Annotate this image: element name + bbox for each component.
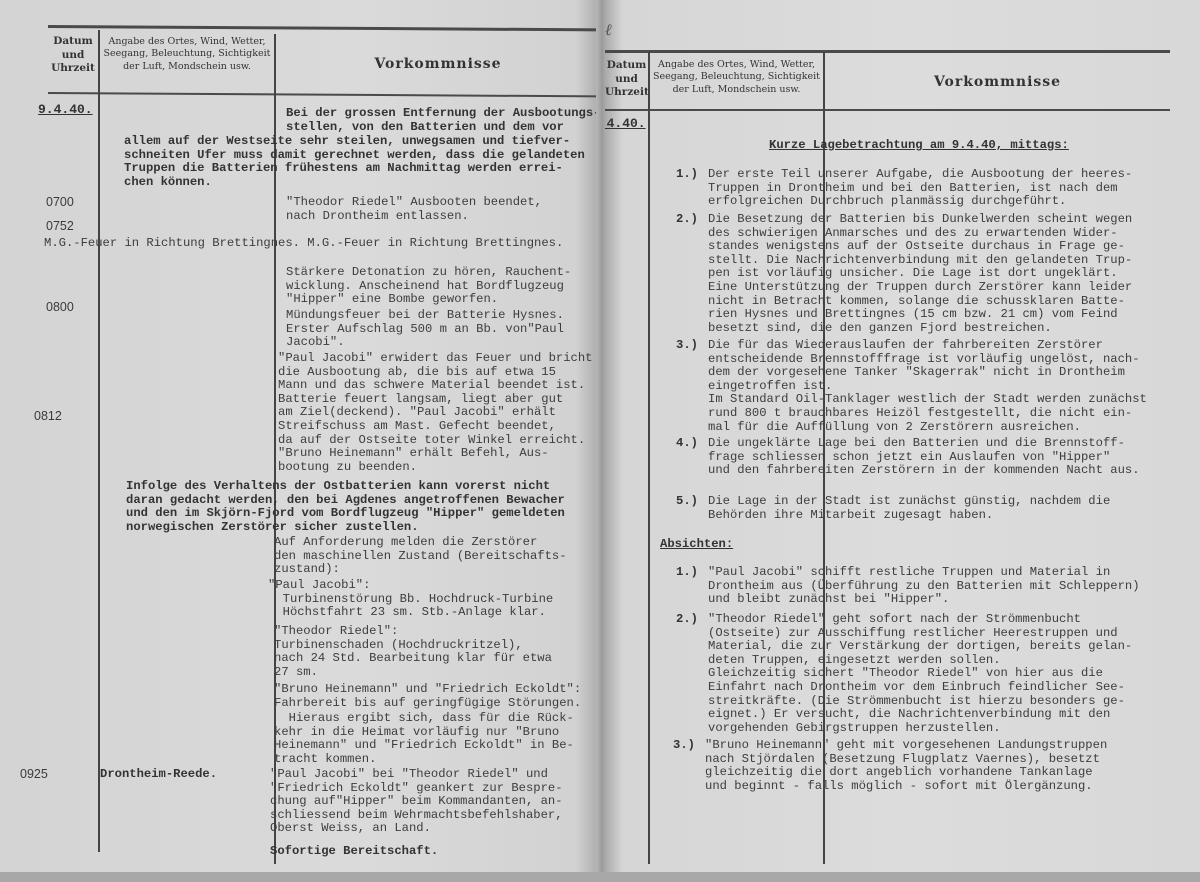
entry-time: 0812 bbox=[34, 409, 62, 423]
entry-time: 0752 bbox=[46, 219, 74, 233]
header-place-col: Angabe des Ortes, Wind, Wetter, Seegang,… bbox=[100, 36, 274, 73]
entry-text: Bei der grossen Entfernung der Ausbootun… bbox=[286, 107, 600, 134]
column-divider-1 bbox=[98, 30, 100, 852]
entry-text: Sofortige Bereitschaft. bbox=[270, 845, 438, 859]
left-page: Datum und Uhrzeit Angabe des Ortes, Wind… bbox=[0, 0, 600, 882]
entry-text: Auf Anforderung melden die Zerstörer den… bbox=[274, 536, 567, 577]
header-date-col: Datum und Uhrzeit bbox=[605, 59, 648, 100]
top-rule bbox=[48, 25, 600, 31]
intention-item-number: 3.) bbox=[673, 739, 695, 753]
entry-text: "Bruno Heinemann" und "Friedrich Eckoldt… bbox=[274, 683, 581, 710]
page-bottom-edge bbox=[0, 872, 1200, 882]
entry-text: "Paul Jacobi": Turbinenstörung Bb. Hochd… bbox=[268, 579, 553, 620]
assessment-item-text: Die ungeklärte Lage bei den Batterien un… bbox=[708, 437, 1140, 478]
intention-item-text: "Paul Jacobi" schifft restliche Truppen … bbox=[708, 566, 1140, 607]
assessment-title: Kurze Lagebetrachtung am 9.4.40, mittags… bbox=[769, 139, 1069, 153]
intention-item-number: 1.) bbox=[676, 566, 698, 580]
entry-time: 0925 bbox=[20, 767, 48, 781]
entry-text: M.G.-Feuer in Richtung Brettingnes. M.G.… bbox=[44, 237, 563, 251]
entry-text: "Paul Jacobi" bei "Theodor Riedel" und "… bbox=[270, 768, 563, 836]
entry-text: "Paul Jacobi" erwidert das Feuer und bri… bbox=[278, 352, 593, 474]
entry-text: "Theodor Riedel" Ausbooten beendet, nach… bbox=[286, 196, 542, 223]
entry-text: Hieraus ergibt sich, dass für die Rück- … bbox=[274, 712, 574, 766]
entry-text: Mündungsfeuer bei der Batterie Hysnes. E… bbox=[286, 309, 564, 350]
intentions-title: Absichten: bbox=[660, 538, 733, 552]
header-events-col: Vorkommnisse bbox=[276, 55, 600, 73]
entry-date: 9.4.40. bbox=[605, 116, 646, 131]
intention-item-text: "Bruno Heinemann" geht mit vorgesehenen … bbox=[705, 739, 1107, 793]
assessment-item-number: 5.) bbox=[676, 495, 698, 509]
header-bottom-rule bbox=[605, 109, 1170, 111]
header-events-col: Vorkommnisse bbox=[825, 73, 1170, 91]
entry-text: allem auf der Westseite sehr steilen, un… bbox=[124, 135, 585, 189]
entry-date: 9.4.40. bbox=[38, 102, 93, 117]
assessment-item-text: Der erste Teil unserer Aufgabe, die Ausb… bbox=[708, 168, 1132, 209]
header-bottom-rule bbox=[48, 92, 600, 97]
assessment-item-text: Die Lage in der Stadt ist zunächst günst… bbox=[708, 495, 1110, 522]
assessment-item-number: 4.) bbox=[676, 437, 698, 451]
intention-item-text: "Theodor Riedel" geht sofort nach der St… bbox=[708, 613, 1132, 735]
right-page: ℓ Datum und Uhrzeit Angabe des Ortes, Wi… bbox=[605, 0, 1200, 882]
header-place-col: Angabe des Ortes, Wind, Wetter, Seegang,… bbox=[650, 59, 823, 96]
column-divider-1 bbox=[648, 52, 650, 864]
top-rule bbox=[605, 50, 1170, 53]
assessment-item-number: 3.) bbox=[676, 339, 698, 353]
entry-place: Drontheim-Reede. bbox=[100, 768, 217, 782]
header-date-col: Datum und Uhrzeit bbox=[48, 35, 98, 76]
entry-time: 0800 bbox=[46, 300, 74, 314]
assessment-item-text: Die Besetzung der Batterien bis Dunkelwe… bbox=[708, 213, 1132, 335]
margin-mark: ℓ bbox=[605, 20, 612, 40]
assessment-item-text: Die für das Wiederauslaufen der fahrbere… bbox=[708, 339, 1147, 434]
assessment-item-number: 1.) bbox=[676, 168, 698, 182]
entry-time: 0700 bbox=[46, 195, 74, 209]
entry-text: "Theodor Riedel": Turbinenschaden (Hochd… bbox=[274, 625, 552, 679]
intention-item-number: 2.) bbox=[676, 613, 698, 627]
entry-text: Infolge des Verhaltens der Ostbatterien … bbox=[126, 480, 565, 534]
entry-text: Stärkere Detonation zu hören, Rauchent- … bbox=[286, 266, 571, 307]
assessment-item-number: 2.) bbox=[676, 213, 698, 227]
